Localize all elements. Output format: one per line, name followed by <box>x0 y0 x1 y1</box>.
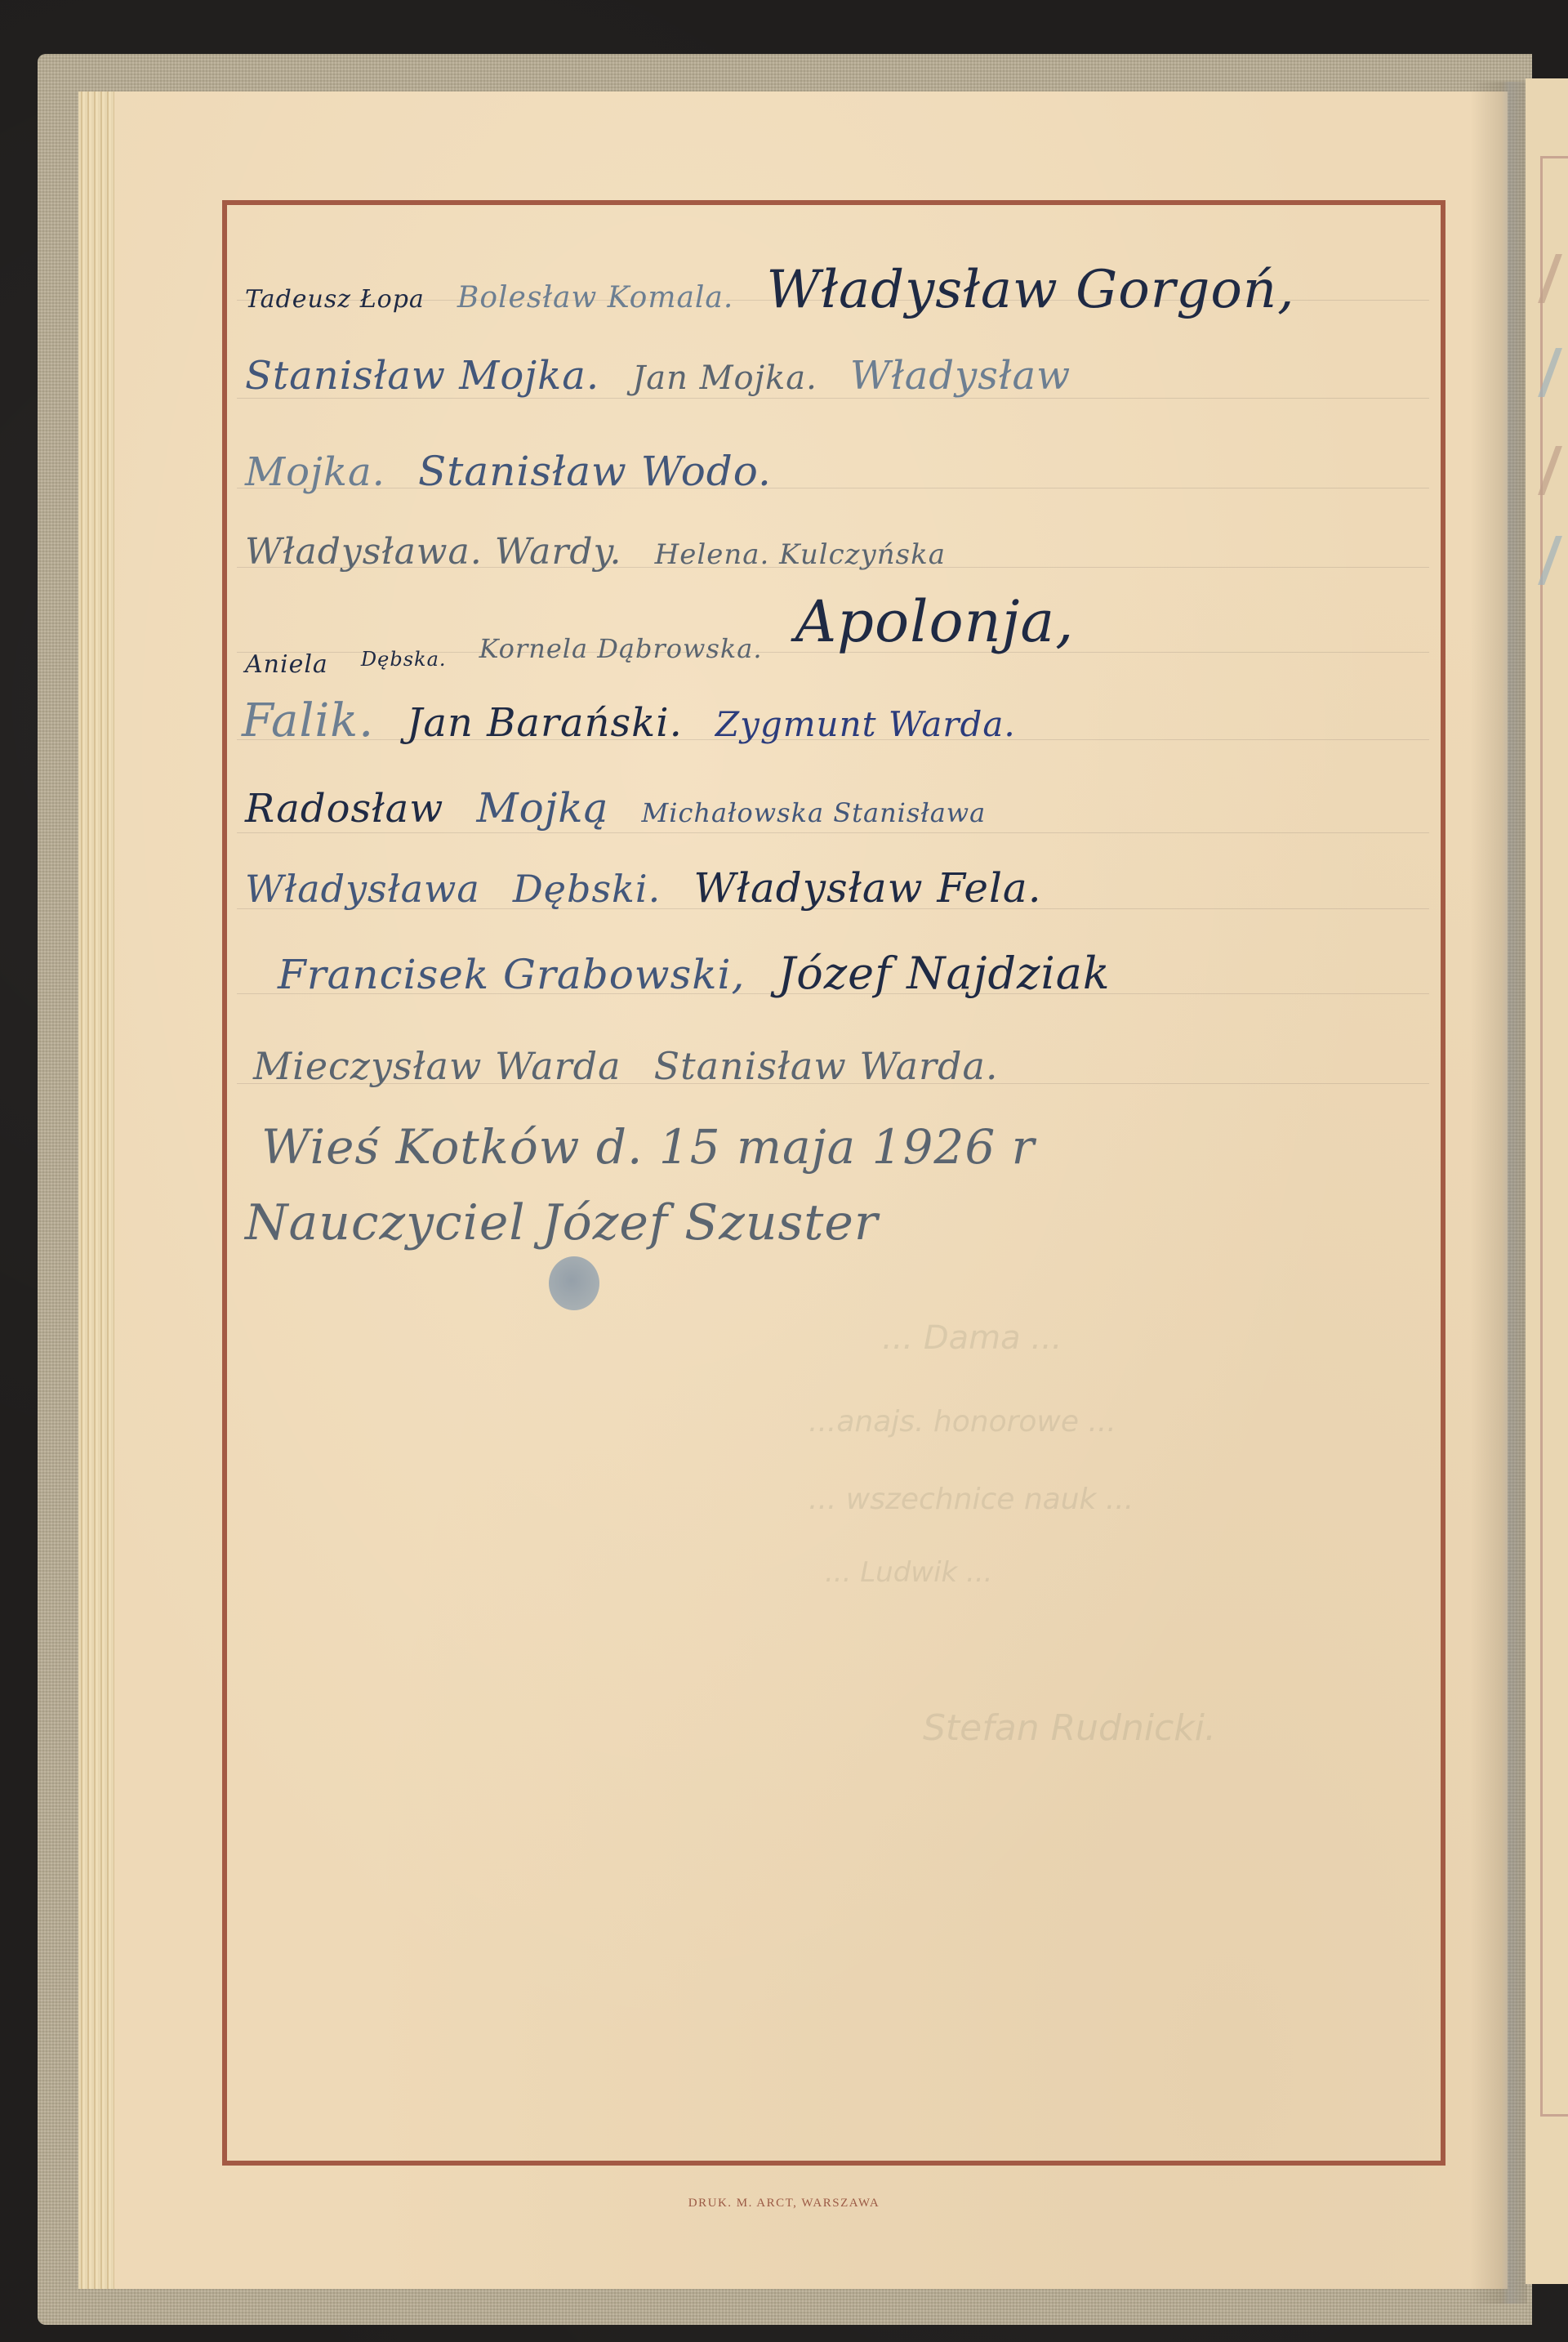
signature: Stanisław Warda. <box>654 1044 999 1088</box>
signature: Michałowska Stanisława <box>642 797 987 828</box>
signature: Falik. <box>242 694 374 747</box>
ink-blot <box>549 1256 599 1310</box>
signature-line-10: Mieczysław Warda Stanisław Warda. <box>253 1044 1027 1088</box>
signature-line-6: Falik. Jan Barański. Zygmunt Warda. <box>242 694 1044 747</box>
signature-line-3: Mojka. Stanisław Wodo. <box>245 448 800 495</box>
signature: Dębski. <box>513 867 661 911</box>
signature-line-5: Aniela Dębska. Kornela Dąbrowska. Apolon… <box>245 604 1102 671</box>
signature: Helena. Kulczyńska <box>655 538 946 571</box>
signature: Stanisław Mojka. <box>245 353 599 399</box>
signature: Aniela <box>245 650 328 679</box>
signature-line-2: Stanisław Mojka. Jan Mojka. Władysław <box>245 353 1098 399</box>
signature-line-1: Tadeusz Łopa Bolesław Komala. Władysław … <box>245 260 1322 320</box>
bleed-through-text: ... wszechnice nauk ... <box>808 1483 1134 1516</box>
signature: Władysława. Wardy. <box>245 531 622 573</box>
signature: Francisek Grabowski, <box>278 951 745 998</box>
signature: Jan Barański. <box>407 700 683 746</box>
next-page-edge <box>1526 78 1568 2284</box>
signature-line-7: Radosław Mojką Michałowska Stanisława <box>245 784 1013 832</box>
signature: Józef Najdziak <box>778 948 1111 999</box>
book-gutter <box>1470 82 1527 2304</box>
signature-line-4: Władysława. Wardy. Helena. Kulczyńska <box>245 531 973 573</box>
bleed-through-text: ... Dama ... <box>882 1319 1062 1357</box>
signature: Kornela Dąbrowska. <box>479 633 763 664</box>
signature: Tadeusz Łopa <box>245 285 425 314</box>
signature-line-8: Władysława Dębski. Władysław Fela. <box>245 864 1070 912</box>
place-and-date: Wieś Kotków d. 15 maja 1926 r <box>261 1119 1035 1175</box>
bleed-through-text: ... Ludwik ... <box>825 1556 992 1589</box>
page-edges <box>78 91 119 2289</box>
signature: Mieczysław Warda <box>253 1044 621 1088</box>
teacher-signature: Nauczyciel Józef Szuster <box>245 1194 879 1251</box>
signature: Zygmunt Warda. <box>715 704 1016 744</box>
signature: Władysław Gorgoń, <box>766 260 1294 320</box>
signature: Władysław <box>850 353 1071 399</box>
signature: Mojka. <box>245 449 385 495</box>
bleed-through-text: Stefan Rudnicki. <box>923 1707 1216 1749</box>
printer-imprint: DRUK. M. ARCT, WARSZAWA <box>0 2197 1568 2210</box>
signature: Władysława <box>245 867 480 911</box>
signature: Jan Mojka. <box>632 359 817 397</box>
signature: Mojką <box>476 784 608 832</box>
signature: Radosław <box>245 786 443 832</box>
signature-line-9: Francisek Grabowski, Józef Najdziak <box>278 948 1138 999</box>
bleed-through-text: ...anajs. honorowe ... <box>808 1405 1116 1439</box>
signature: Dębska. <box>361 648 447 671</box>
signature: Władysław Fela. <box>693 864 1041 912</box>
guide-rule <box>237 832 1429 833</box>
signature: Apolonja, <box>795 588 1075 655</box>
signature: Bolesław Komala. <box>457 281 733 314</box>
signature: Stanisław Wodo. <box>418 448 772 495</box>
